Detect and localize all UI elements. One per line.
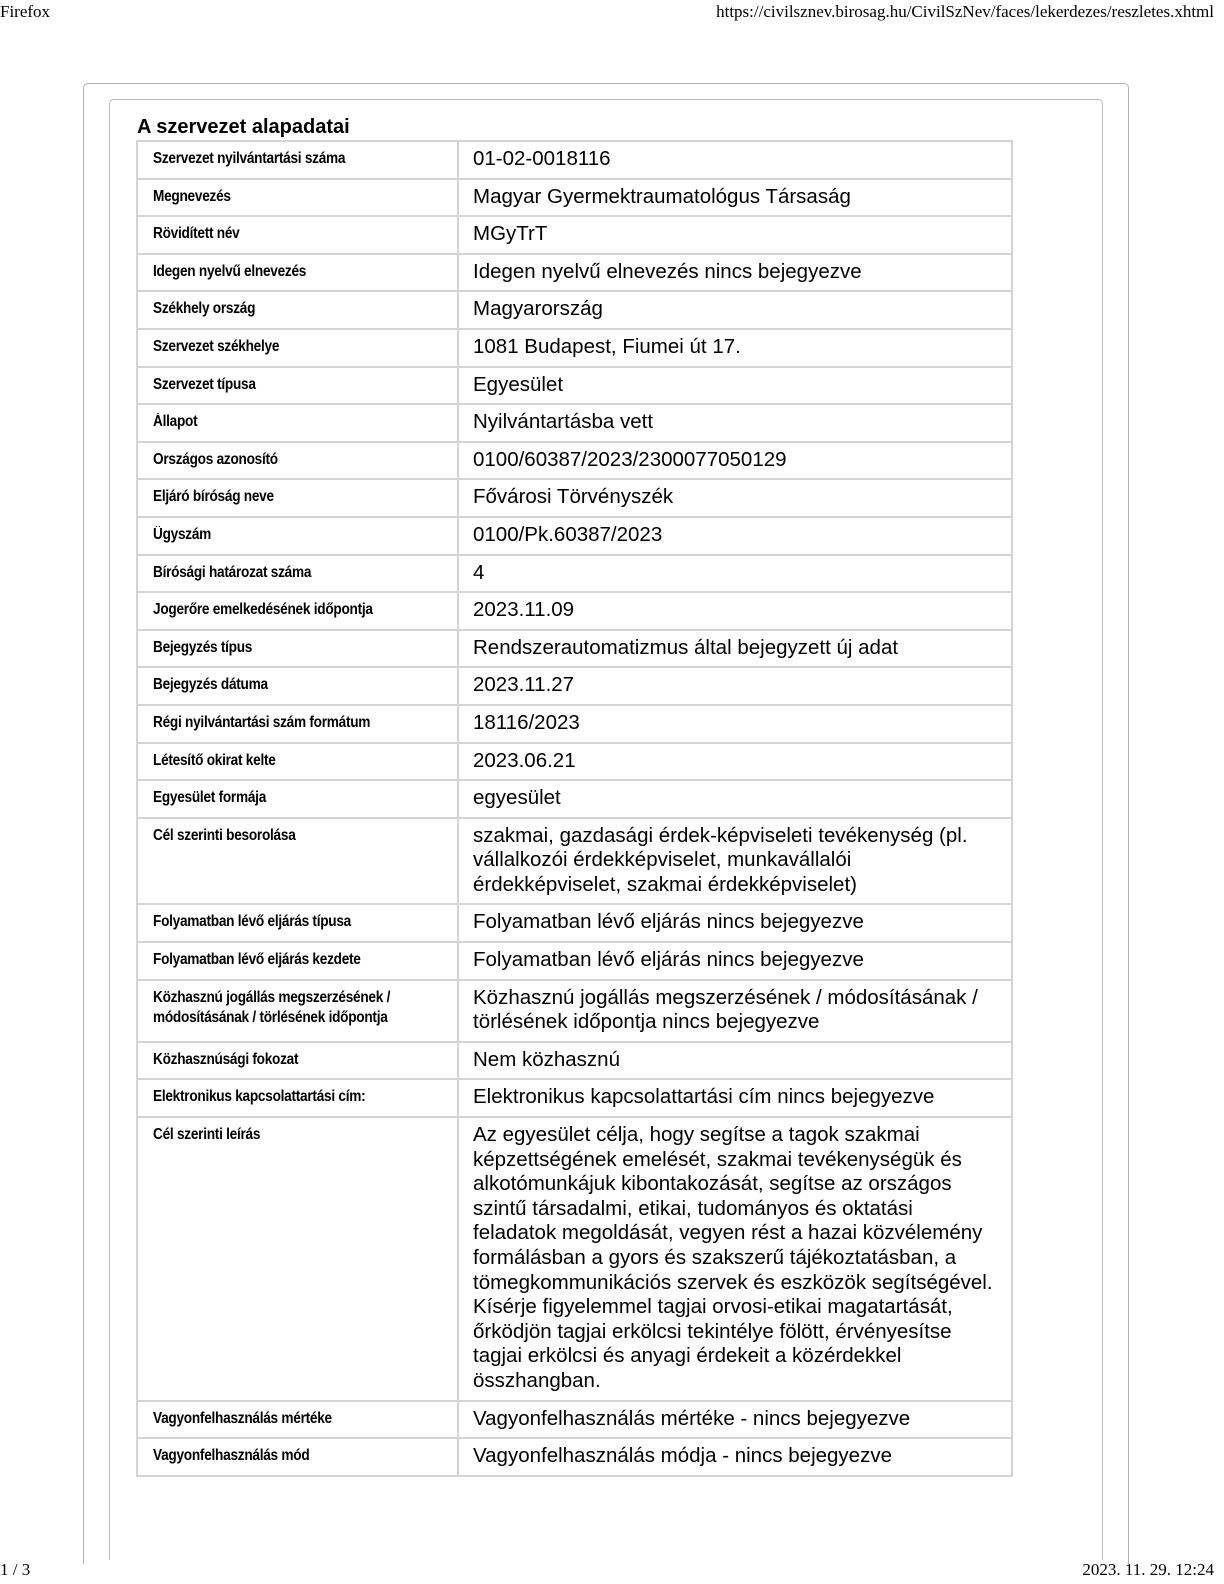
field-label-cell: Rövidített név — [137, 216, 458, 254]
field-label: Rövidített név — [153, 224, 240, 244]
table-row: Bírósági határozat száma4 — [137, 555, 1012, 593]
field-label-cell: Jogerőre emelkedésének időpontja — [137, 592, 458, 630]
field-label: Ügyszám — [153, 525, 211, 545]
field-value: 2023.11.27 — [458, 667, 1012, 705]
field-value: 18116/2023 — [458, 705, 1012, 743]
field-label: Állapot — [153, 412, 197, 432]
field-label-cell: Vagyonfelhasználás mértéke — [137, 1401, 458, 1439]
field-label-cell: Szervezet típusa — [137, 367, 458, 405]
field-label: Szervezet székhelye — [153, 337, 279, 357]
field-label: Székhely ország — [153, 299, 255, 319]
field-label-cell: Székhely ország — [137, 291, 458, 329]
organization-details-table: Szervezet nyilvántartási száma01-02-0018… — [136, 140, 1013, 1477]
table-row: Régi nyilvántartási szám formátum18116/2… — [137, 705, 1012, 743]
table-row: Székhely országMagyarország — [137, 291, 1012, 329]
table-row: Ügyszám0100/Pk.60387/2023 — [137, 517, 1012, 555]
field-value: 1081 Budapest, Fiumei út 17. — [458, 329, 1012, 367]
field-label-cell: Bírósági határozat száma — [137, 555, 458, 593]
field-label-cell: Cél szerinti besorolása — [137, 818, 458, 905]
field-value: 4 — [458, 555, 1012, 593]
field-label: Vagyonfelhasználás mód — [153, 1446, 309, 1466]
print-timestamp: 2023. 11. 29. 12:24 — [1082, 1556, 1214, 1584]
table-row: Idegen nyelvű elnevezésIdegen nyelvű eln… — [137, 254, 1012, 292]
field-value: Egyesület — [458, 367, 1012, 405]
table-row: Vagyonfelhasználás mértékeVagyonfelhaszn… — [137, 1401, 1012, 1439]
page-indicator: 1 / 3 — [0, 1556, 30, 1584]
field-label: Cél szerinti besorolása — [153, 826, 296, 846]
field-label: Jogerőre emelkedésének időpontja — [153, 600, 373, 620]
table-row: MegnevezésMagyar Gyermektraumatológus Tá… — [137, 179, 1012, 217]
field-label-cell: Eljáró bíróság neve — [137, 479, 458, 517]
field-label-cell: Cél szerinti leírás — [137, 1117, 458, 1401]
field-label-cell: Ügyszám — [137, 517, 458, 555]
print-header-url: https://civilsznev.birosag.hu/CivilSzNev… — [716, 0, 1214, 24]
table-row: Cél szerinti besorolásaszakmai, gazdaság… — [137, 818, 1012, 905]
print-header: Firefox https://civilsznev.birosag.hu/Ci… — [0, 0, 1224, 24]
field-label: Egyesület formája — [153, 788, 266, 808]
field-label-cell: Folyamatban lévő eljárás típusa — [137, 904, 458, 942]
field-label: Bírósági határozat száma — [153, 563, 311, 583]
print-header-app-name: Firefox — [0, 0, 50, 24]
field-label: Megnevezés — [153, 187, 231, 207]
field-value: Folyamatban lévő eljárás nincs bejegyezv… — [458, 904, 1012, 942]
field-label-cell: Vagyonfelhasználás mód — [137, 1438, 458, 1476]
field-value: 2023.11.09 — [458, 592, 1012, 630]
field-value: 2023.06.21 — [458, 743, 1012, 781]
field-value: Idegen nyelvű elnevezés nincs bejegyezve — [458, 254, 1012, 292]
table-row: Szervezet típusaEgyesület — [137, 367, 1012, 405]
table-row: Elektronikus kapcsolattartási cím:Elektr… — [137, 1079, 1012, 1117]
field-label: Közhasznú jogállás megszerzésének / módo… — [153, 988, 443, 1028]
field-value: MGyTrT — [458, 216, 1012, 254]
field-value: 0100/Pk.60387/2023 — [458, 517, 1012, 555]
field-value: Nem közhasznú — [458, 1042, 1012, 1080]
field-label-cell: Régi nyilvántartási szám formátum — [137, 705, 458, 743]
field-value: Vagyonfelhasználás módja - nincs bejegye… — [458, 1438, 1012, 1476]
field-label-cell: Közhasznúsági fokozat — [137, 1042, 458, 1080]
field-label: Létesítő okirat kelte — [153, 751, 276, 771]
table-row: Rövidített névMGyTrT — [137, 216, 1012, 254]
field-label: Szervezet típusa — [153, 375, 256, 395]
field-value: 01-02-0018116 — [458, 141, 1012, 179]
table-row: Országos azonosító0100/60387/2023/230007… — [137, 442, 1012, 480]
field-value: 0100/60387/2023/2300077050129 — [458, 442, 1012, 480]
field-label-cell: Létesítő okirat kelte — [137, 743, 458, 781]
field-label-cell: Állapot — [137, 404, 458, 442]
field-value: szakmai, gazdasági érdek-képviseleti tev… — [458, 818, 1012, 905]
field-value: egyesület — [458, 780, 1012, 818]
field-value: Nyilvántartásba vett — [458, 404, 1012, 442]
field-label-cell: Szervezet nyilvántartási száma — [137, 141, 458, 179]
field-label-cell: Bejegyzés típus — [137, 630, 458, 668]
field-label: Folyamatban lévő eljárás kezdete — [153, 950, 361, 970]
table-row: Létesítő okirat kelte2023.06.21 — [137, 743, 1012, 781]
field-label-cell: Elektronikus kapcsolattartási cím: — [137, 1079, 458, 1117]
field-value: Fővárosi Törvényszék — [458, 479, 1012, 517]
field-label-cell: Szervezet székhelye — [137, 329, 458, 367]
table-row: Eljáró bíróság neveFővárosi Törvényszék — [137, 479, 1012, 517]
table-row: Vagyonfelhasználás módVagyonfelhasználás… — [137, 1438, 1012, 1476]
field-label: Vagyonfelhasználás mértéke — [153, 1409, 332, 1429]
field-value: Elektronikus kapcsolattartási cím nincs … — [458, 1079, 1012, 1117]
field-label-cell: Egyesület formája — [137, 780, 458, 818]
field-label-cell: Folyamatban lévő eljárás kezdete — [137, 942, 458, 980]
table-row: ÁllapotNyilvántartásba vett — [137, 404, 1012, 442]
field-value: Rendszerautomatizmus által bejegyzett új… — [458, 630, 1012, 668]
table-row: Közhasznúsági fokozatNem közhasznú — [137, 1042, 1012, 1080]
field-value: Magyarország — [458, 291, 1012, 329]
table-row: Bejegyzés dátuma2023.11.27 — [137, 667, 1012, 705]
field-value: Közhasznú jogállás megszerzésének / módo… — [458, 980, 1012, 1042]
field-label: Közhasznúsági fokozat — [153, 1050, 298, 1070]
field-label-cell: Bejegyzés dátuma — [137, 667, 458, 705]
field-label: Folyamatban lévő eljárás típusa — [153, 912, 351, 932]
field-label: Szervezet nyilvántartási száma — [153, 149, 345, 169]
print-footer: 1 / 3 2023. 11. 29. 12:24 — [0, 1556, 1224, 1584]
field-value: Az egyesület célja, hogy segítse a tagok… — [458, 1117, 1012, 1401]
field-label-cell: Megnevezés — [137, 179, 458, 217]
field-label: Idegen nyelvű elnevezés — [153, 262, 306, 282]
field-value: Vagyonfelhasználás mértéke - nincs bejeg… — [458, 1401, 1012, 1439]
field-label: Bejegyzés dátuma — [153, 675, 268, 695]
table-row: Szervezet székhelye1081 Budapest, Fiumei… — [137, 329, 1012, 367]
table-row: Közhasznú jogállás megszerzésének / módo… — [137, 980, 1012, 1042]
field-label-cell: Országos azonosító — [137, 442, 458, 480]
table-row: Szervezet nyilvántartási száma01-02-0018… — [137, 141, 1012, 179]
table-row: Bejegyzés típusRendszerautomatizmus álta… — [137, 630, 1012, 668]
field-label-cell: Idegen nyelvű elnevezés — [137, 254, 458, 292]
table-row: Folyamatban lévő eljárás kezdeteFolyamat… — [137, 942, 1012, 980]
field-label: Eljáró bíróság neve — [153, 487, 274, 507]
table-row: Cél szerinti leírásAz egyesület célja, h… — [137, 1117, 1012, 1401]
field-label: Elektronikus kapcsolattartási cím: — [153, 1087, 365, 1107]
section-title: A szervezet alapadatai — [137, 114, 350, 140]
field-label-cell: Közhasznú jogállás megszerzésének / módo… — [137, 980, 458, 1042]
field-label: Régi nyilvántartási szám formátum — [153, 713, 370, 733]
field-label: Cél szerinti leírás — [153, 1125, 260, 1145]
table-row: Folyamatban lévő eljárás típusaFolyamatb… — [137, 904, 1012, 942]
field-value: Folyamatban lévő eljárás nincs bejegyezv… — [458, 942, 1012, 980]
field-label: Bejegyzés típus — [153, 638, 252, 658]
field-value: Magyar Gyermektraumatológus Társaság — [458, 179, 1012, 217]
table-row: Egyesület formájaegyesület — [137, 780, 1012, 818]
table-row: Jogerőre emelkedésének időpontja2023.11.… — [137, 592, 1012, 630]
field-label: Országos azonosító — [153, 450, 278, 470]
